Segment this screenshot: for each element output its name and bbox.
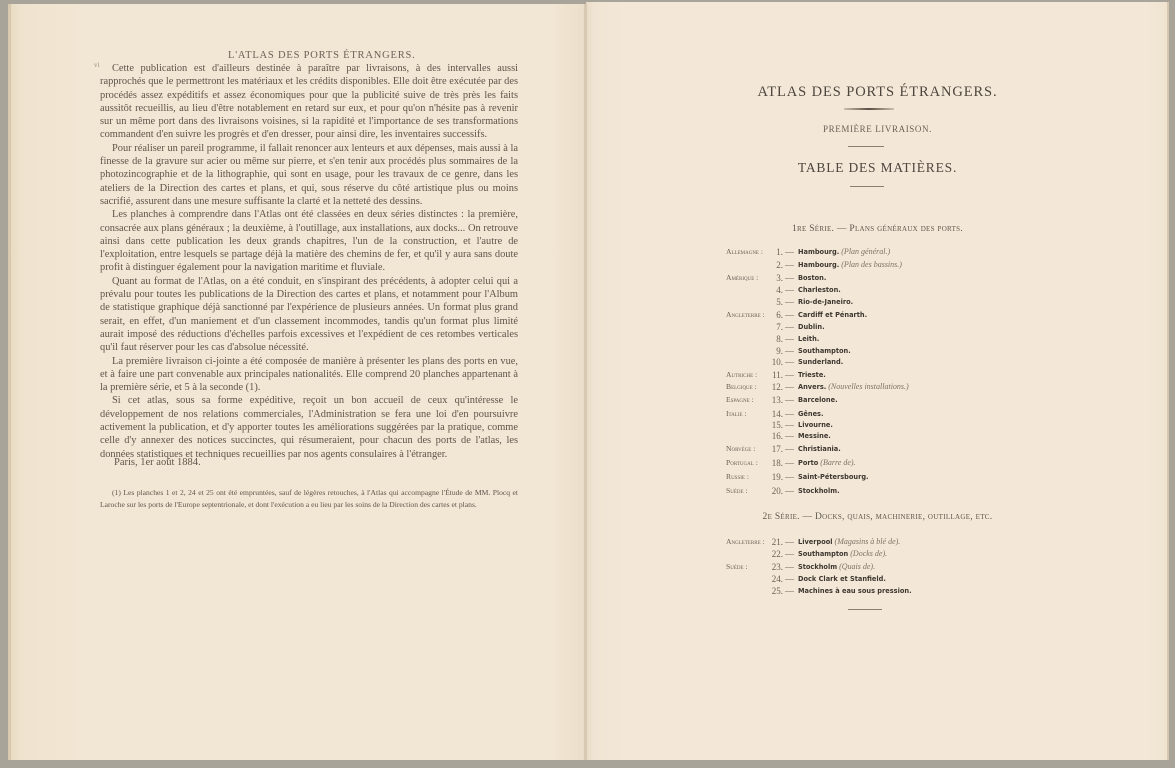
toc-port-name: Anvers. — [798, 383, 826, 391]
toc-note: (Plan général.) — [839, 247, 890, 256]
toc-plate-number: 4. — [755, 284, 783, 296]
toc-dash: — — [785, 561, 794, 573]
toc-port-name: Saint-Pétersbourg. — [798, 473, 869, 481]
toc-dash: — — [785, 246, 794, 258]
toc-dash: — — [785, 585, 794, 597]
toc-port-name: Sunderland. — [798, 358, 843, 366]
toc-note: (Docks de). — [848, 549, 887, 558]
series-title: — Docks, quais, machinerie, outillage, e… — [803, 512, 993, 522]
toc-dash: — — [785, 394, 794, 406]
toc-plate-number: 16. — [755, 430, 783, 442]
toc-dash: — — [785, 321, 794, 333]
toc-note: (Nouvelles installations.) — [826, 382, 908, 391]
paragraph: Quant au format de l'Atlas, on a été con… — [100, 275, 518, 355]
divider-rule — [850, 186, 884, 187]
toc-plate-number: 12. — [755, 381, 783, 393]
toc-country: Norvège : — [726, 443, 755, 455]
toc-note: (Barre de). — [818, 458, 855, 467]
toc-dash: — — [785, 573, 794, 585]
toc-heading: TABLE DES MATIÈRES. — [586, 160, 1169, 176]
series-heading: 1re Série. — Plans généraux des ports. — [586, 224, 1169, 234]
toc-plate-number: 11. — [755, 369, 783, 381]
toc-dash: — — [785, 259, 794, 271]
toc-port-name: Hambourg. — [798, 261, 839, 269]
toc-dash: — — [785, 548, 794, 560]
footnote: (1) Les planches 1 et 2, 24 et 25 ont ét… — [100, 487, 518, 511]
toc-plate-number: 1. — [755, 246, 783, 258]
toc-port-name: Dock Clark et Stanfield. — [798, 575, 886, 583]
toc-country: Belgique : — [726, 381, 757, 393]
toc-plate-number: 21. — [755, 536, 783, 548]
toc-plate-number: 8. — [755, 333, 783, 345]
book-spine — [584, 4, 587, 760]
toc-country: Autriche : — [726, 369, 757, 381]
toc-plate-number: 18. — [755, 457, 783, 469]
toc-country: Suède : — [726, 485, 748, 497]
toc-dash: — — [785, 309, 794, 321]
toc-plate-number: 3. — [755, 272, 783, 284]
signature-date: Paris, 1er août 1884. — [114, 457, 201, 468]
body-text: Cette publication est d'ailleurs destiné… — [100, 62, 518, 461]
toc-plate-number: 19. — [755, 471, 783, 483]
toc-port-name: Southampton. — [798, 347, 851, 355]
toc-dash: — — [785, 333, 794, 345]
livraison-subtitle: PREMIÈRE LIVRAISON. — [586, 124, 1169, 134]
toc-plate-number: 22. — [755, 548, 783, 560]
toc-dash: — — [785, 284, 794, 296]
toc-port-name: Porto — [798, 459, 818, 467]
toc-port-name: Southampton — [798, 550, 848, 558]
atlas-title: ATLAS DES PORTS ÉTRANGERS. — [586, 84, 1169, 101]
toc-port-name: Stockholm — [798, 563, 837, 571]
series-heading: 2e Série. — Docks, quais, machinerie, ou… — [586, 512, 1169, 522]
paragraph: Cette publication est d'ailleurs destiné… — [100, 62, 518, 142]
toc-port-name: Barcelone. — [798, 396, 838, 404]
toc-dash: — — [785, 369, 794, 381]
toc-dash: — — [785, 296, 794, 308]
paragraph: Les planches à comprendre dans l'Atlas o… — [100, 208, 518, 274]
toc-port-name: Stockholm. — [798, 487, 840, 495]
toc-plate-number: 24. — [755, 573, 783, 585]
paragraph: Pour réaliser un pareil programme, il fa… — [100, 142, 518, 208]
toc-note: (Quais de). — [837, 562, 875, 571]
toc-dash: — — [785, 381, 794, 393]
toc-country: Amérique : — [726, 272, 758, 284]
toc-dash: — — [785, 536, 794, 548]
series-title: — Plans généraux des ports. — [837, 224, 963, 234]
toc-port-name: Messine. — [798, 432, 831, 440]
toc-dash: — — [785, 356, 794, 368]
open-book: vi L'ATLAS DES PORTS ÉTRANGERS. Cette pu… — [0, 0, 1175, 768]
toc-port-name: Dublin. — [798, 323, 825, 331]
toc-plate-number: 2. — [755, 259, 783, 271]
toc-country: Espagne : — [726, 394, 754, 406]
end-rule — [848, 609, 882, 610]
toc-plate-number: 7. — [755, 321, 783, 333]
toc-dash: — — [785, 443, 794, 455]
toc-plate-number: 13. — [755, 394, 783, 406]
paragraph: La première livraison ci-jointe a été co… — [100, 355, 518, 395]
toc-note: (Magasins à blé de). — [833, 537, 901, 546]
toc-dash: — — [785, 430, 794, 442]
toc-plate-number: 20. — [755, 485, 783, 497]
toc-port-name: Trieste. — [798, 371, 826, 379]
toc-country: Portugal : — [726, 457, 758, 469]
running-head: L'ATLAS DES PORTS ÉTRANGERS. — [228, 50, 416, 61]
paragraph: Si cet atlas, sous sa forme expéditive, … — [100, 394, 518, 460]
toc-plate-number: 6. — [755, 309, 783, 321]
toc-country: Italie : — [726, 408, 747, 420]
toc-port-name: Christiania. — [798, 445, 841, 453]
toc-port-name: Leith. — [798, 335, 819, 343]
series-number: 1re Série. — [792, 224, 837, 234]
toc-country: Russie : — [726, 471, 749, 483]
toc-plate-number: 17. — [755, 443, 783, 455]
toc-plate-number: 5. — [755, 296, 783, 308]
toc-note: (Plan des bassins.) — [839, 260, 902, 269]
toc-port-name: Livourne. — [798, 421, 833, 429]
toc-dash: — — [785, 485, 794, 497]
toc-port-name: Liverpool — [798, 538, 833, 546]
divider-rule — [848, 146, 884, 147]
toc-port-name: Charleston. — [798, 286, 841, 294]
toc-dash: — — [785, 272, 794, 284]
toc-plate-number: 23. — [755, 561, 783, 573]
toc-dash: — — [785, 457, 794, 469]
page-number: vi — [94, 61, 99, 69]
toc-port-name: Cardiff et Pénarth. — [798, 311, 867, 319]
toc-plate-number: 25. — [755, 585, 783, 597]
toc-country: Suède : — [726, 561, 748, 573]
toc-port-name: Hambourg. — [798, 248, 839, 256]
toc-port-name: Boston. — [798, 274, 826, 282]
toc-port-name: Rio-de-Janeiro. — [798, 298, 853, 306]
toc-port-name: Machines à eau sous pression. — [798, 587, 912, 595]
ornamental-rule — [844, 108, 894, 110]
toc-plate-number: 10. — [755, 356, 783, 368]
toc-port-name: Gênes. — [798, 410, 823, 418]
series-number: 2e Série. — [763, 512, 803, 522]
toc-dash: — — [785, 471, 794, 483]
